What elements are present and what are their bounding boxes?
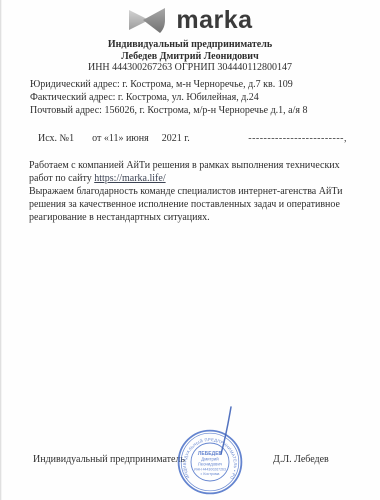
inn-ogrnip-line: ИНН 444300267263 ОГРНИП 304440112800147 <box>0 62 380 74</box>
reference-line: Исх. №1 от «11» июня 2021 г. -----------… <box>38 133 347 144</box>
signer-role-label: Индивидуальный предприниматель <box>33 454 185 465</box>
letter-date: от «11» июня <box>92 133 149 144</box>
stamp-inn: ИНН 444300267263 <box>194 468 226 472</box>
entrepreneur-title: Индивидуальный предприниматель <box>0 39 380 51</box>
letterhead: Индивидуальный предприниматель Лебедев Д… <box>0 39 380 74</box>
logo: marka <box>0 0 380 34</box>
paragraph-2: Выражаем благодарность команде специалис… <box>29 185 353 224</box>
legal-address: Юридический адрес: г. Кострома, м-н Черн… <box>30 78 365 91</box>
letter-year: 2021 г. <box>162 133 190 144</box>
bowtie-logo-icon <box>127 6 167 34</box>
logo-wordmark: marka <box>176 6 252 34</box>
paragraph-1: Работаем с компанией АйТи решения в рамк… <box>29 159 353 185</box>
entrepreneur-name: Лебедев Дмитрий Леонидович <box>0 51 380 63</box>
postal-address: Почтовый адрес: 156026, г. Кострома, м/р… <box>30 104 365 117</box>
paragraph-1-text: Работаем с компанией АйТи решения в рамк… <box>29 160 340 184</box>
letter-page: marka Индивидуальный предприниматель Леб… <box>0 0 380 500</box>
letter-body: Работаем с компанией АйТи решения в рамк… <box>29 159 353 224</box>
stamp-patronymic: Леонидович <box>198 462 222 467</box>
scan-edge-artifact <box>0 0 2 500</box>
address-block: Юридический адрес: г. Кострома, м-н Черн… <box>30 78 365 117</box>
actual-address: Фактический адрес: г. Кострома, ул. Юбил… <box>30 91 365 104</box>
marka-site-link[interactable]: https://marka.life/ <box>94 173 165 184</box>
outgoing-number: Исх. №1 <box>38 133 74 144</box>
dashed-line: -------------------------, <box>248 133 347 144</box>
pen-signature <box>205 402 245 462</box>
stamp-city: г. Кострома <box>201 472 220 476</box>
signer-name: Д.Л. Лебедев <box>273 454 329 465</box>
